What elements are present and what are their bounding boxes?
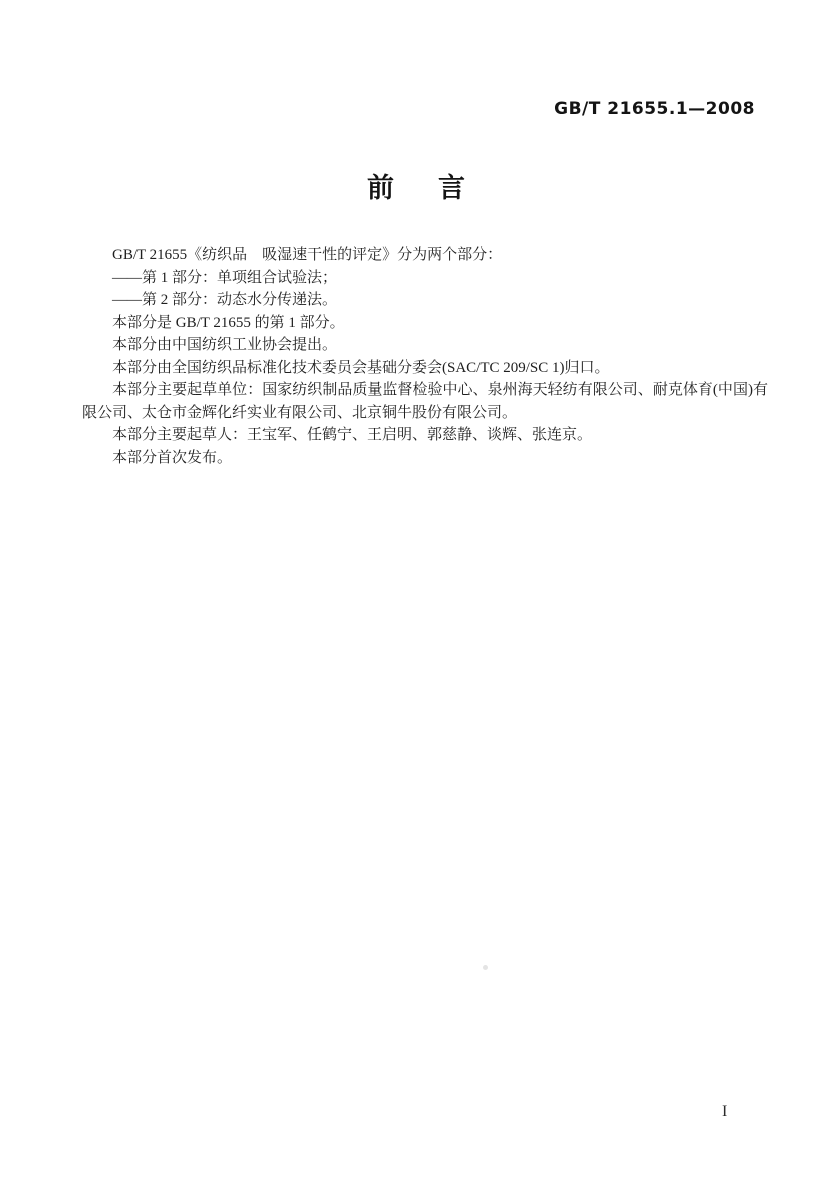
foreword-body: GB/T 21655《纺织品 吸湿速干性的评定》分为两个部分： ——第 1 部分… <box>82 244 768 469</box>
paragraph-intro: GB/T 21655《纺织品 吸湿速干性的评定》分为两个部分： <box>82 244 768 267</box>
paragraph-proposed-by: 本部分由中国纺织工业协会提出。 <box>82 334 768 357</box>
page-title: 前 言 <box>0 166 832 205</box>
paragraph-part2: ——第 2 部分：动态水分传递法。 <box>82 289 768 312</box>
paragraph-this-part: 本部分是 GB/T 21655 的第 1 部分。 <box>82 312 768 335</box>
paragraph-part1: ——第 1 部分：单项组合试验法； <box>82 267 768 290</box>
title-char-yan: 言 <box>438 166 465 205</box>
scan-artifact-dot <box>483 965 488 970</box>
document-page: GB/T 21655.1—2008 前 言 GB/T 21655《纺织品 吸湿速… <box>0 0 832 1200</box>
standard-code: GB/T 21655.1—2008 <box>0 99 755 119</box>
paragraph-first-issue: 本部分首次发布。 <box>82 447 768 470</box>
page-number: I <box>722 1103 727 1121</box>
paragraph-centralized-by: 本部分由全国纺织品标准化技术委员会基础分委会(SAC/TC 209/SC 1)归… <box>82 357 768 380</box>
paragraph-drafting-organizations: 本部分主要起草单位：国家纺织制品质量监督检验中心、泉州海天轻纺有限公司、耐克体育… <box>82 379 768 424</box>
title-char-qian: 前 <box>367 166 394 205</box>
paragraph-drafters: 本部分主要起草人：王宝军、任鹤宁、王启明、郭慈静、谈辉、张连京。 <box>82 424 768 447</box>
